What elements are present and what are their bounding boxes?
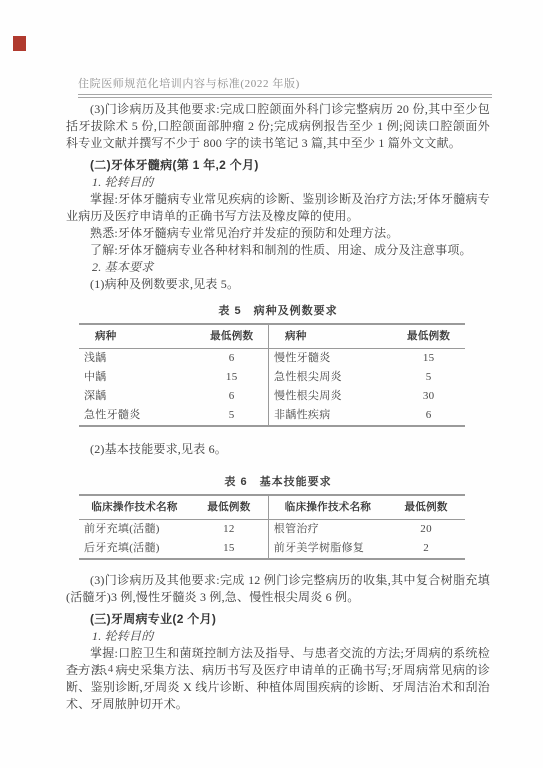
table-cell: 急性根尖周炎 [269, 368, 393, 387]
page-number: — 354 — [75, 663, 133, 675]
table-cell: 30 [392, 387, 465, 406]
column-header: 临床操作技术名称 [268, 495, 387, 520]
item-basic-requirements: 2. 基本要求 [66, 259, 490, 276]
table-row: 浅龋6慢性牙髓炎15 [79, 349, 465, 369]
table-row: 深龋6慢性根尖周炎30 [79, 387, 465, 406]
table-cell: 非龋性疾病 [269, 406, 393, 426]
table-cell: 15 [195, 368, 268, 387]
table-cell: 前牙美学树脂修复 [268, 539, 387, 559]
table-cell: 浅龋 [79, 349, 195, 369]
table-cell: 20 [387, 520, 465, 540]
paragraph-outpatient-records-endodontics: (3)门诊病历及其他要求:完成 12 例门诊完整病历的收集,其中复合树脂充填(活… [66, 572, 490, 606]
table-row: 急性牙髓炎5非龋性疾病6 [79, 406, 465, 426]
table-cell: 12 [190, 520, 268, 540]
table-cell: 15 [392, 349, 465, 369]
paragraph-outpatient-records-surgery: (3)门诊病历及其他要求:完成口腔颌面外科门诊完整病历 20 份,其中至少包括牙… [66, 101, 490, 152]
item-rotation-purpose-endodontics: 1. 轮转目的 [66, 174, 490, 191]
paragraph-grasp-periodontics: 掌握:口腔卫生和菌斑控制方法及指导、与患者交流的方法;牙周病的系统检查方法、病史… [66, 645, 490, 713]
table-cell: 15 [190, 539, 268, 559]
table-row: 中龋15急性根尖周炎5 [79, 368, 465, 387]
table6-caption: 表 6 基本技能要求 [66, 474, 490, 491]
table-basic-skill-requirements: 临床操作技术名称最低例数临床操作技术名称最低例数前牙充填(活髓)12根管治疗20… [79, 494, 465, 560]
table-cell: 2 [387, 539, 465, 559]
table-cell: 5 [392, 368, 465, 387]
table-cell: 慢性牙髓炎 [269, 349, 393, 369]
table-cell: 6 [392, 406, 465, 426]
table-cell: 深龋 [79, 387, 195, 406]
paragraph-familiar-endodontics: 熟悉:牙体牙髓病专业常见治疗并发症的预防和处理方法。 [66, 225, 490, 242]
column-header: 最低例数 [392, 324, 465, 349]
table-cell: 6 [195, 349, 268, 369]
red-marker [13, 36, 26, 51]
column-header: 最低例数 [190, 495, 268, 520]
table-cell: 前牙充填(活髓) [79, 520, 190, 540]
header-double-rule [78, 94, 492, 98]
table-header-row: 病种最低例数病种最低例数 [79, 324, 465, 349]
page-body: (3)门诊病历及其他要求:完成口腔颌面外科门诊完整病历 20 份,其中至少包括牙… [66, 101, 490, 713]
item-rotation-purpose-periodontics: 1. 轮转目的 [66, 628, 490, 645]
column-header: 临床操作技术名称 [79, 495, 190, 520]
paragraph-disease-case-requirement: (1)病种及例数要求,见表 5。 [66, 276, 490, 293]
paragraph-grasp-endodontics: 掌握:牙体牙髓病专业常见疾病的诊断、鉴别诊断及治疗方法;牙体牙髓病专业病历及医疗… [66, 191, 490, 225]
column-header: 最低例数 [195, 324, 268, 349]
table-cell: 6 [195, 387, 268, 406]
column-header: 病种 [79, 324, 195, 349]
table-cell: 后牙充填(活髓) [79, 539, 190, 559]
table5-caption: 表 5 病种及例数要求 [66, 303, 490, 320]
paragraph-basic-skill-requirement: (2)基本技能要求,见表 6。 [66, 441, 490, 458]
table-disease-case-requirements: 病种最低例数病种最低例数浅龋6慢性牙髓炎15中龋15急性根尖周炎5深龋6慢性根尖… [79, 323, 465, 427]
running-header: 住院医师规范化培训内容与标准(2022 年版) [78, 78, 492, 98]
table-cell: 根管治疗 [268, 520, 387, 540]
column-header: 最低例数 [387, 495, 465, 520]
table-cell: 5 [195, 406, 268, 426]
column-header: 病种 [269, 324, 393, 349]
scanned-document-page: { "page": { "running_header": "住院医师规范化培训… [0, 0, 543, 768]
table-cell: 慢性根尖周炎 [269, 387, 393, 406]
section-heading-endodontics: (二)牙体牙髓病(第 1 年,2 个月) [66, 157, 490, 174]
table-cell: 急性牙髓炎 [79, 406, 195, 426]
running-header-title: 住院医师规范化培训内容与标准(2022 年版) [78, 78, 492, 91]
table-row: 后牙充填(活髓)15前牙美学树脂修复2 [79, 539, 465, 559]
table-cell: 中龋 [79, 368, 195, 387]
section-heading-periodontics: (三)牙周病专业(2 个月) [66, 611, 490, 628]
paragraph-understand-endodontics: 了解:牙体牙髓病专业各种材料和制剂的性质、用途、成分及注意事项。 [66, 242, 490, 259]
table-header-row: 临床操作技术名称最低例数临床操作技术名称最低例数 [79, 495, 465, 520]
table-row: 前牙充填(活髓)12根管治疗20 [79, 520, 465, 540]
